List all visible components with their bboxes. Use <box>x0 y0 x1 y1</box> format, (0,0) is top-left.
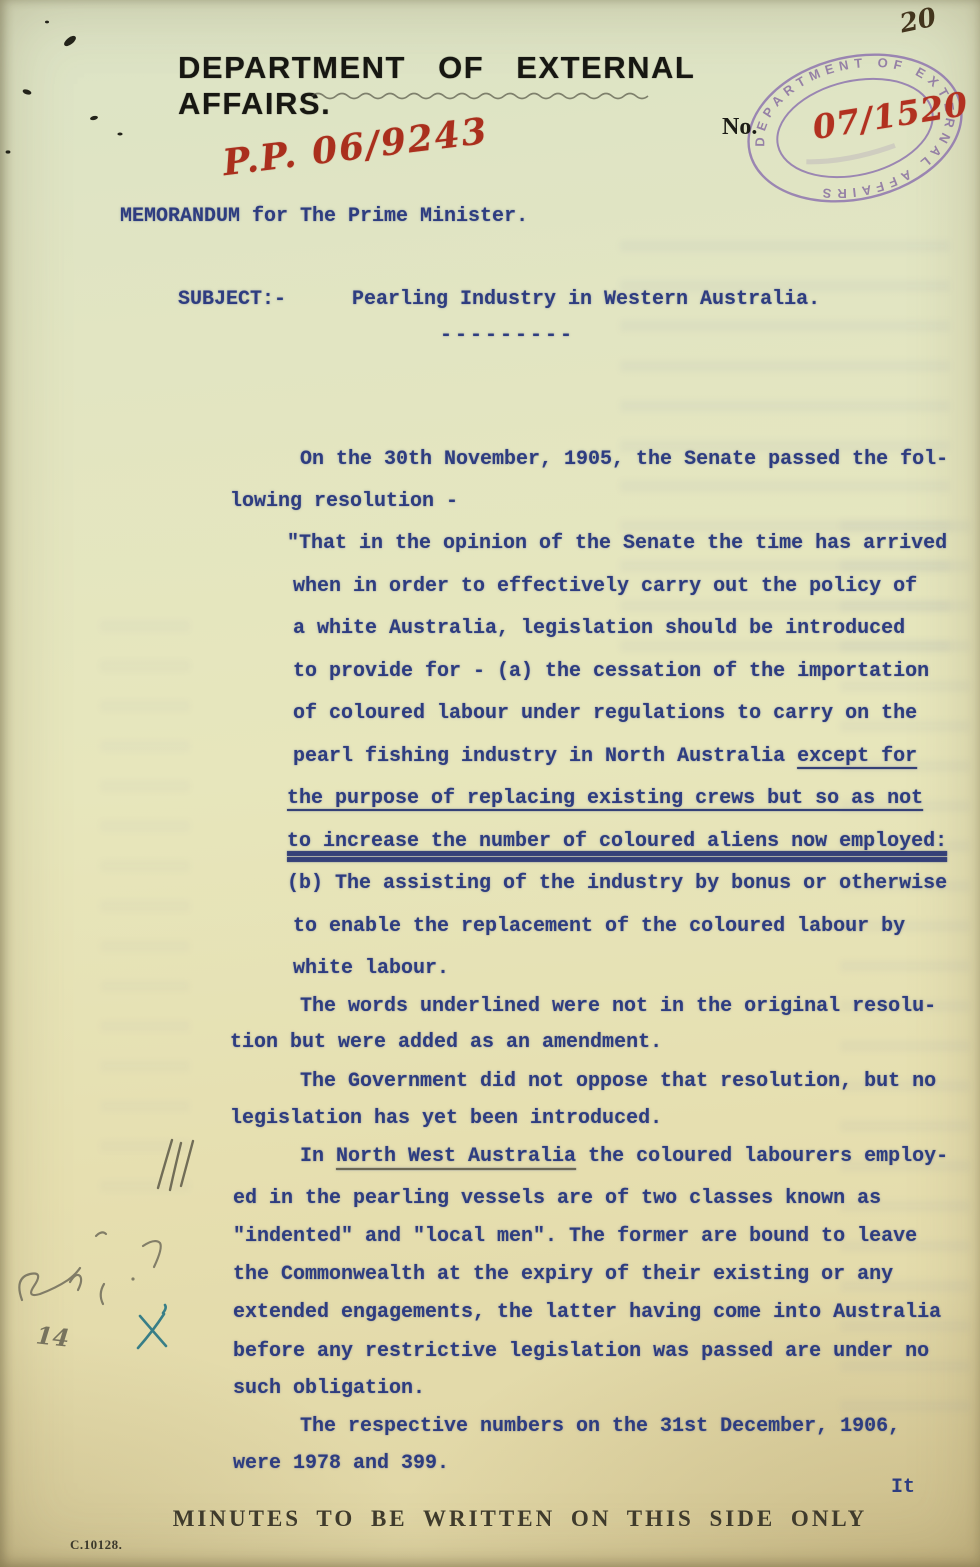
title-wavy-underline <box>312 94 648 99</box>
typed-line: were 1978 and 399. <box>233 1452 449 1476</box>
overlay-graphics: DEPARTMENT OF EXTERNAL AFFAIRS <box>0 0 980 1567</box>
typed-line: The respective numbers on the 31st Decem… <box>300 1415 900 1439</box>
file-number-label: No. <box>722 114 757 141</box>
memorandum-line: MEMORANDUM for The Prime Minister. <box>120 205 528 229</box>
typed-line: such obligation. <box>233 1377 425 1401</box>
typed-line: tion but were added as an amendment. <box>230 1031 662 1055</box>
typed-line: white labour. <box>293 957 449 981</box>
typed-line: On the 30th November, 1905, the Senate p… <box>300 448 948 472</box>
form-number: C.10128. <box>70 1537 122 1553</box>
typed-line: The words underlined were not in the ori… <box>300 995 936 1019</box>
typed-line: extended engagements, the latter having … <box>233 1301 941 1325</box>
typed-line: to provide for - (a) the cessation of th… <box>293 660 929 684</box>
margin-tally-mark <box>158 1140 193 1190</box>
pencil-underlined-words: North West Australia <box>336 1145 576 1168</box>
typed-line: legislation has yet been introduced. <box>230 1107 662 1131</box>
typed-line: when in order to effectively carry out t… <box>293 575 917 599</box>
catchword: It <box>891 1476 915 1499</box>
typed-line: the Commonwealth at the expiry of their … <box>233 1263 893 1287</box>
typed-line: to enable the replacement of the coloure… <box>293 915 905 939</box>
subject-label: SUBJECT:- <box>178 288 286 312</box>
typed-line: a white Australia, legislation should be… <box>293 617 905 641</box>
typed-line: "That in the opinion of the Senate the t… <box>287 532 947 556</box>
memorandum-page: DEPARTMENT OF EXTERNAL AFFAIRS. <box>0 0 980 1567</box>
typed-line: ed in the pearling vessels are of two cl… <box>233 1187 881 1211</box>
blue-cross-mark <box>138 1305 166 1348</box>
subject-text: Pearling Industry in Western Australia. <box>352 288 820 312</box>
typed-line: "indented" and "local men". The former a… <box>233 1225 917 1249</box>
typed-line: before any restrictive legislation was p… <box>233 1340 929 1364</box>
typed-line: to increase the number of coloured alien… <box>287 830 947 854</box>
subject-rule: --------- <box>440 324 575 348</box>
typed-line: the purpose of replacing existing crews … <box>287 787 923 811</box>
pencil-number: 14 <box>35 1320 71 1352</box>
pencil-scribbles <box>19 1232 160 1304</box>
typed-line: lowing resolution - <box>230 490 458 514</box>
typed-line: (b) The assisting of the industry by bon… <box>287 872 947 896</box>
ink-specks <box>6 21 123 154</box>
typed-line: of coloured labour under regulations to … <box>293 702 917 726</box>
typed-line: pearl fishing industry in North Australi… <box>293 745 917 769</box>
typed-line: In North West Australia the coloured lab… <box>300 1145 948 1169</box>
ink-underlined-words: except for <box>797 745 917 768</box>
footer-instruction: MINUTES TO BE WRITTEN ON THIS SIDE ONLY <box>170 1506 870 1532</box>
typed-line: The Government did not oppose that resol… <box>300 1070 936 1094</box>
